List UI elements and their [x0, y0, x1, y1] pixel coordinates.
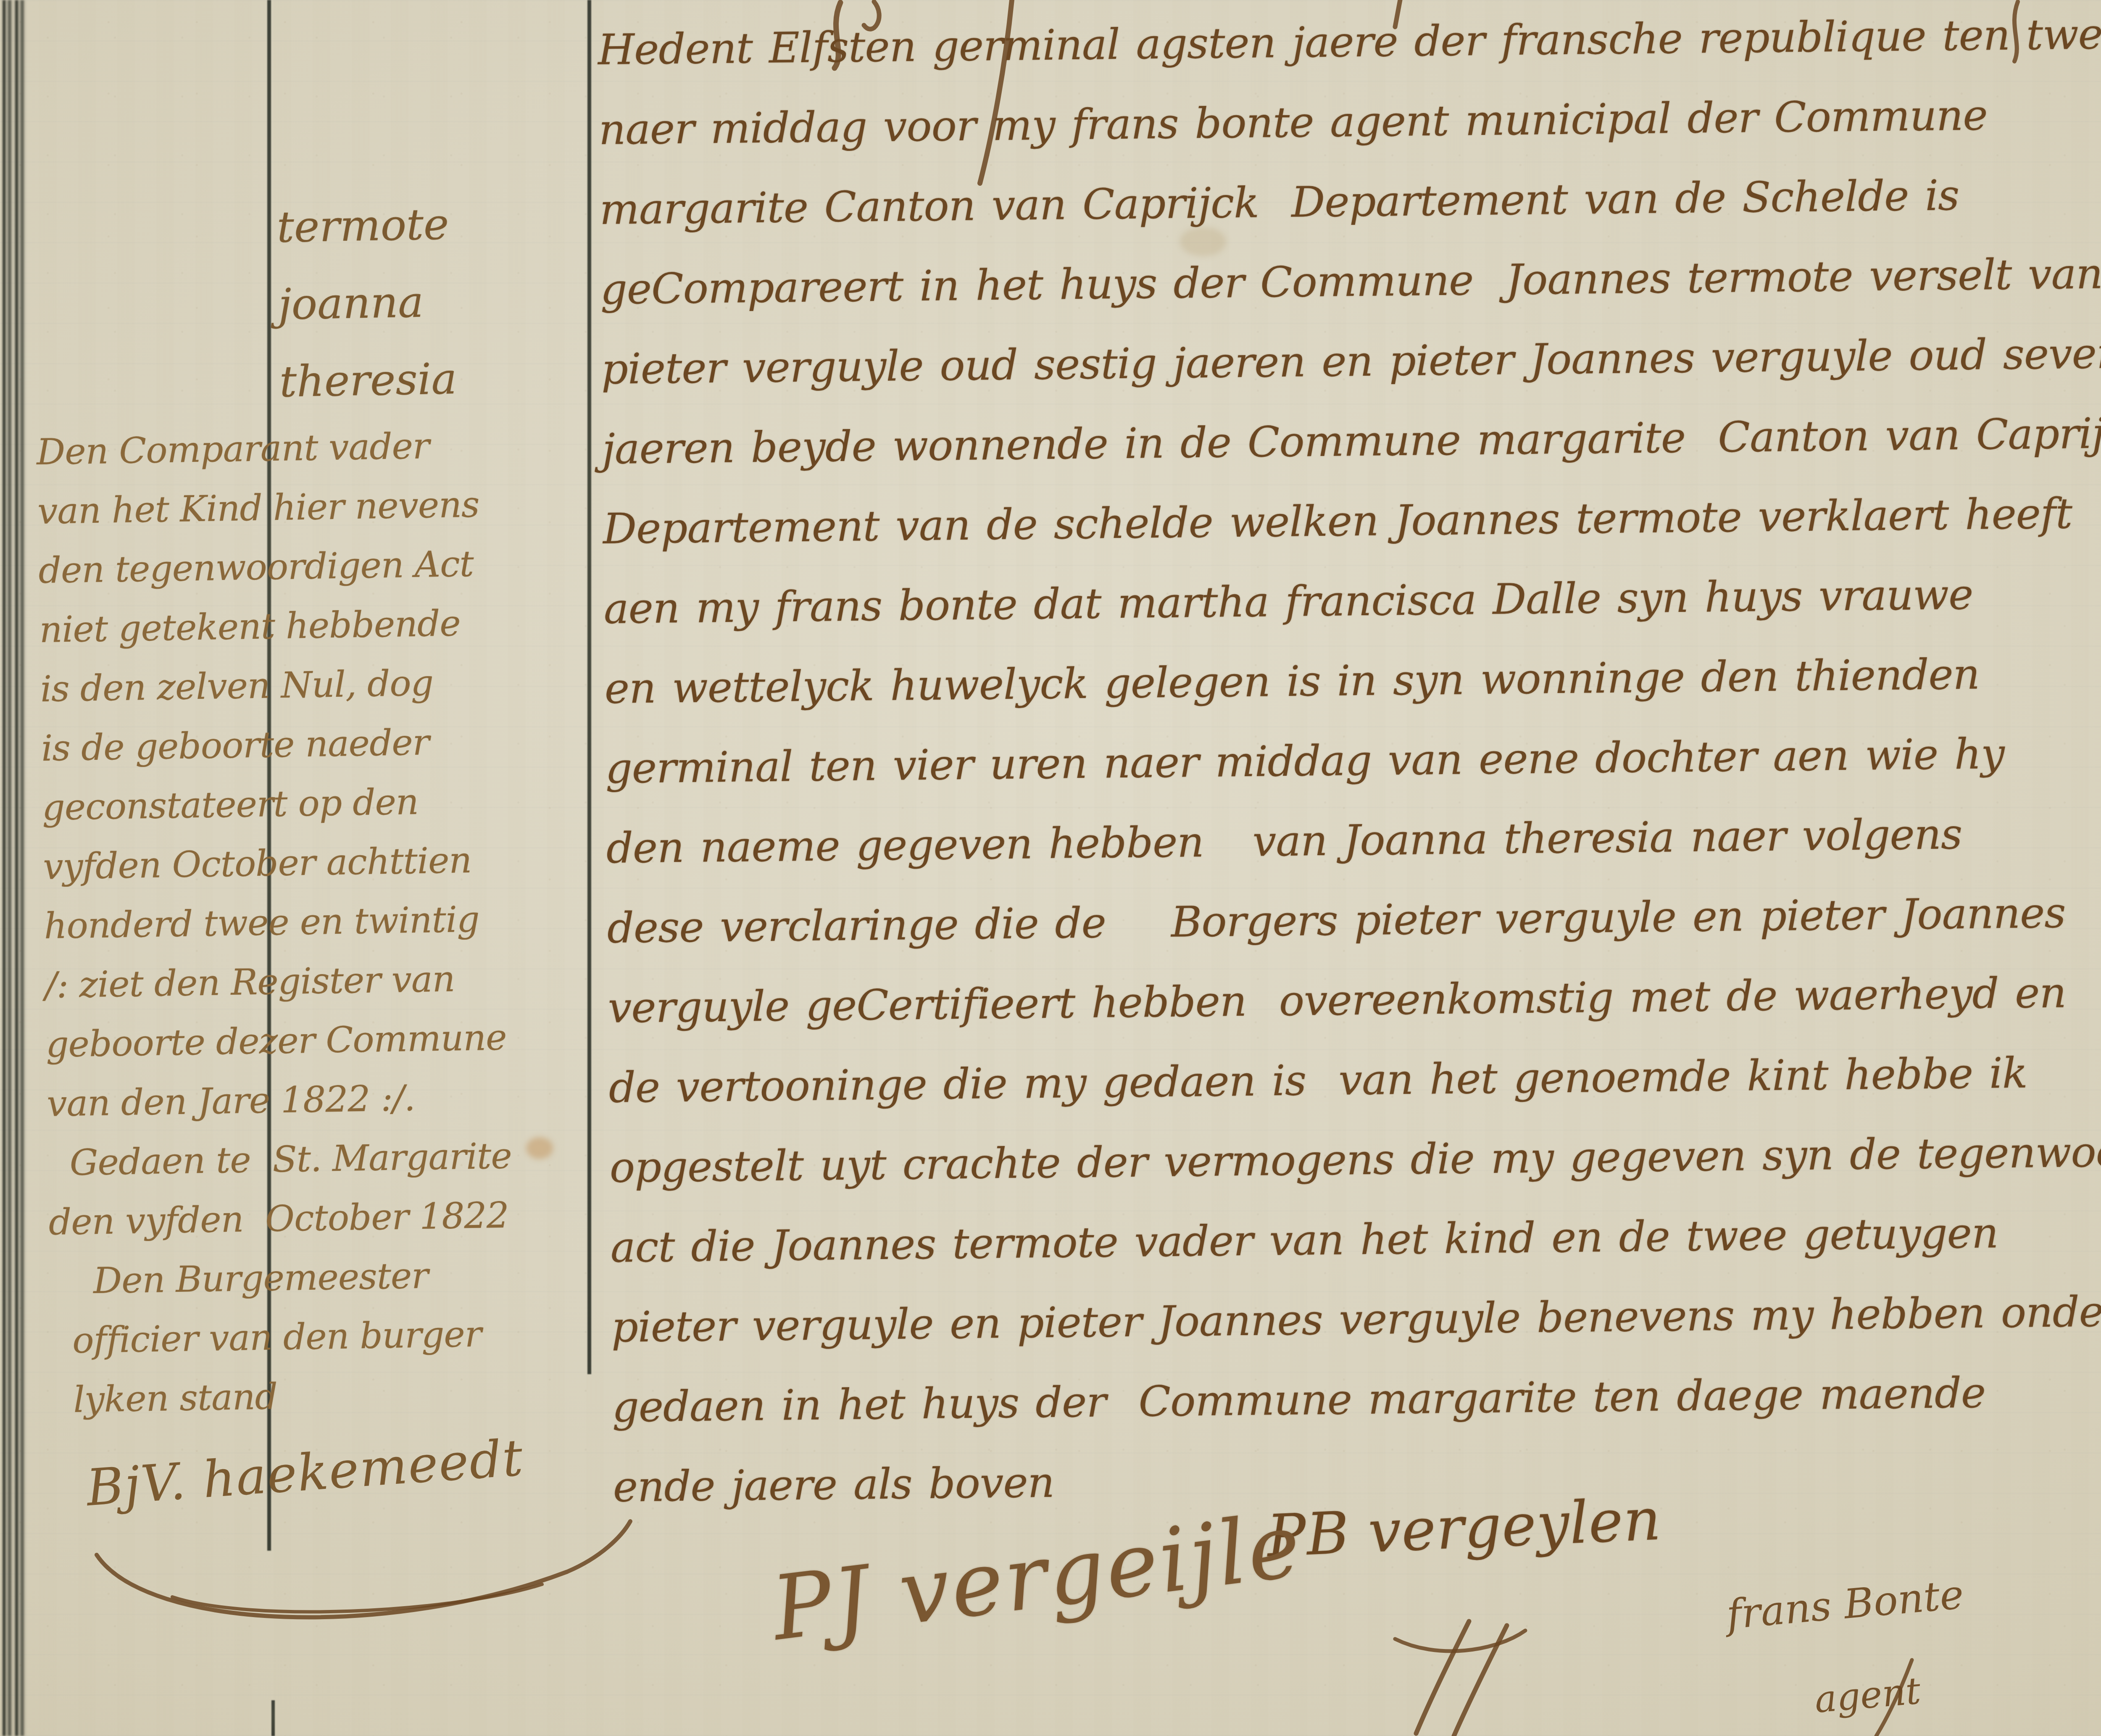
margin-child-name: termote joanna theresia [276, 186, 458, 421]
margin-note-line: is de geboorte naeder [41, 710, 613, 778]
margin-note-line: niet getekent hebbende [39, 592, 611, 660]
margin-note-line: den tegenwoordigen Act [38, 532, 610, 601]
margin-note-line: Gedaen te St. Margarite [47, 1125, 620, 1193]
margin-annotation: Den Comparant vader van het Kind hier ne… [36, 414, 623, 1430]
margin-note-line: officier van den burger [50, 1302, 622, 1370]
margin-note-line: /: ziet den Register van [45, 947, 617, 1015]
margin-note-line: lyken stand [51, 1362, 623, 1430]
margin-note-line: is den zelven Nul, dog [40, 651, 612, 719]
document-page: termote joanna theresia Den Comparant va… [0, 0, 2101, 1736]
margin-note-line: den vyfden October 1822 [48, 1184, 621, 1252]
margin-child-name-line: joanna [277, 263, 456, 343]
margin-child-name-line: theresia [279, 340, 458, 421]
margin-note-line: geconstateert op den [42, 769, 614, 838]
margin-note-line: honderd twee en twintig [44, 888, 616, 956]
margin-note-line: vyfden October achttien [43, 829, 615, 897]
margin-note-line: van den Jare 1822 :/. [46, 1065, 619, 1133]
margin-note-line: Den Burgemeester [49, 1243, 621, 1311]
margin-child-name-line: termote [276, 186, 455, 266]
margin-rule-line-1-bottom-fragment [271, 1700, 275, 1736]
act-body-text: Hedent Elfsten germinal agsten jaere der… [598, 0, 2101, 1527]
margin-note-line: Den Comparant vader [36, 414, 608, 482]
burgemeester-signature-flourish [71, 1496, 643, 1639]
signature-flourish-strokes [1387, 1614, 1975, 1736]
margin-note-line: van het Kind hier nevens [37, 473, 609, 541]
margin-note-line: geboorte dezer Commune [45, 1006, 618, 1074]
left-charcoal-rule [3, 0, 26, 1736]
